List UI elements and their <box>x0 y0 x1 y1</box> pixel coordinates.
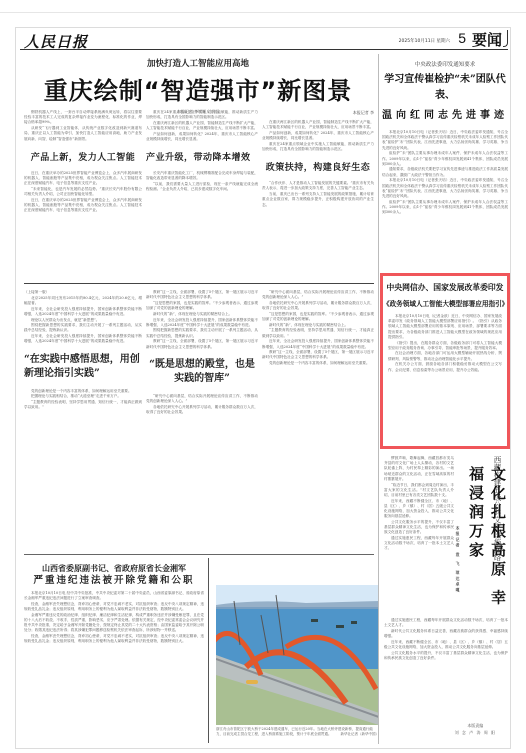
story-paragraph: 围绕把握新思想的实践要求，我们主动开展了一系列主题活动，从实践中总结经验，提炼新… <box>146 328 258 338</box>
box-headline-line-1: 中央网信办、国家发展改革委印发 <box>383 282 507 293</box>
story-paragraph: “这是思想的家园，也是实践的智库。”不少参观者表示，通过参观加深了对党的创新理论… <box>262 312 374 322</box>
newspaper-logo: 人民日报 <box>24 31 88 52</box>
story-paragraph: 锣鼓声响，歌舞起舞，西藏昌都市类乌齐县的村文化广场上人头攒动，各村的文艺队轮番上… <box>384 456 454 482</box>
lead-paragraph: 产品如何创新，成果如何转化？2024年，重庆市人工智能核心产业规模持续增长，同比… <box>262 131 374 141</box>
story-paragraph: 各地依托研究中心开展系列学习活动，累计服务群众数百万人次，取得了良好的社会效果。 <box>262 301 374 311</box>
bridge-illustration <box>216 585 379 725</box>
story-paragraph: 本报北京10月10日电（记者张天培）近日，中央政法委印发通知，号召全国政法机关和… <box>382 130 508 151</box>
highlighted-news-box[interactable]: 中央网信办、国家发展改革委印发 《政务领域人工智能大模型部署应用指引》 本报北京… <box>380 273 510 449</box>
lead-paragraph: 长安汽车重庆智能化工厂，机械臂精准配合完成车身焊接与装配，智能化改造带来显著的降… <box>146 171 258 181</box>
story-paragraph: 北京2025年同比发布2015年的80.4亿元，2024年的20.6亿元，增幅显… <box>24 296 142 306</box>
second-story-column-2: 教研“这一主线，全面部署，设置了5个展区，第一展区展示习近平新时代中国特色社会主… <box>146 290 258 552</box>
story-paragraph: “研究中心面向基层，结合实际开展理论宣传宣讲工作，不断推动党的创新理论深入人心。… <box>262 290 374 300</box>
editor-credit: 本版责编 刘 念 卢 涛 周 阳 <box>455 722 496 736</box>
lead-paragraph: “以前，我们需要大量人工进行质检，现在一条产线就能完成全流程检测。”企业负责人介… <box>146 182 258 192</box>
column-divider <box>208 558 209 743</box>
lead-paragraph: 钢铁机器人产线上，一套台半自动焊接系统满负荷运转，将以往需要经验丰富的技术工人完… <box>24 110 142 126</box>
divider-rule <box>24 554 374 555</box>
box-headline-line-2: 《政务领域人工智能大模型部署应用指引》 <box>383 299 507 310</box>
lead-column-3: 本报记者 李 在重庆两江新区的机器人产业园，智能制造生产线不断扩大产能，人工智能… <box>262 110 374 280</box>
story-paragraph: 崔检护“未”团队主要从事办理未成年人案件、保护未成年人合法权益等工作。2009年… <box>382 200 508 216</box>
story-paragraph: 教研“这一主线，全面部署，设置了5个展区，第一展区展示习近平新时代中国特色社会主… <box>146 339 258 349</box>
newspaper-page: 人民日报 2025年10月11日 星期六 5 要闻 加快打造人工智能应用高地 重… <box>15 27 511 749</box>
story-paragraph: 近年来，全社会研发投入强度持续提升，国家创新体系整体效能不断增强，入选2024年… <box>146 318 258 328</box>
story-paragraph: 在社会治理方面，各地各部门可运用大模型辅助开展热线分析、舆情研判、风险预警等，推… <box>388 351 502 361</box>
story-paragraph: “主题教育的经验表明，坚持学思用贯通、知信行统一，才能真正做到学以致用。” <box>262 328 374 338</box>
lead-paragraph: 产品如何创新，成果如何转化？2024年，重庆市人工智能核心产业规模持续增长，同比… <box>146 132 258 142</box>
story-paragraph: 本报北京10月10日电（记者金歆）近日，中央网信办、国家发展改革委印发《政务领域… <box>388 314 502 340</box>
story-paragraph: 理论以人民群众为出发点，就是“新思想”。 <box>24 318 142 323</box>
culture-story-text-bottom: 通过实施惠民工程，西藏每年开展群众文化活动数千场次，培育了一批本土文艺人才。 新… <box>384 618 508 718</box>
masthead: 人民日报 2025年10月11日 星期六 5 要闻 <box>20 28 508 50</box>
shanxi-headline-line-2: 严重违纪违法被开除党籍和公职 <box>24 574 204 587</box>
column-divider <box>378 54 379 744</box>
story-paragraph: 近年来，全社会研发投入强度持续提升，国家创新体系整体效能不断增强，入选2024年… <box>24 307 142 317</box>
story-paragraph: 本报北京10月10日电（记者张天培）近日，中央政法委印发通知，号召全国政法机关和… <box>382 178 508 199</box>
shanxi-headline-line-1: 山西省委原副书记、省政府原省长金湘军 <box>24 562 204 574</box>
issue-date: 2025年10月11日 星期六 <box>399 38 450 44</box>
shanxi-story: 山西省委原副书记、省政府原省长金湘军 严重违纪违法被开除党籍和公职 本报北京10… <box>24 558 204 748</box>
story-paragraph: 经查，金湘军丧失理想信念，背弃初心使命，对党不忠诚不老实，对抗组织审查；违反中央… <box>24 602 204 612</box>
story-paragraph: 崔检护“未”团队主要从事办理未成年人案件、保护未成年人合法权益等工作。2009年… <box>382 151 508 167</box>
culture-headline: 文化扎根高原 幸福浸润万家 <box>465 466 509 616</box>
lead-subhead-2: 产业升级，带动降本增效 <box>146 150 258 163</box>
story-paragraph: “主题教育的经验表明，坚持学思用贯通、知信行统一，才能真正做到学以致用。” <box>24 400 142 410</box>
story-paragraph: 通知要求，各级政法机关要把学习宣传先进事迹与推进政法工作高质量发展结合起来，激励… <box>382 167 508 177</box>
story-paragraph: 本报北京10月10日电 经中共中央批准，中共中央纪委对第二十届中央委员，山西省委… <box>24 591 204 601</box>
story-paragraph: 近年来，西藏不断健全区、市（地）、县（区）、乡（镇）、村（居）五级公共文化设施网… <box>384 499 454 520</box>
story-paragraph: 通过实施惠民工程，西藏每年开展群众文化活动数千场次，培育了一批本土文艺人才。 <box>384 536 454 552</box>
story-paragraph: 《指引》提出，在服务群众方面，各级政务部门可将人工智能大模型应用于政务服务咨询、… <box>388 341 502 351</box>
photo-credit: 新华社记者（新华中国） <box>341 732 380 737</box>
lead-paragraph: “合作伙伴、人才是推动人工智能发展的关键要素。”重庆市有关负责人表示，将进一步加… <box>262 181 374 191</box>
quote-subhead-1: “在实践中感悟思想，用创新理论指引实践” <box>24 353 142 381</box>
lead-story-header: 加快打造人工智能应用高地 重庆绘制“智造强市”新图景 本报记者 李增辉 刘新吾 <box>20 54 376 115</box>
lead-paragraph: 在重庆两江新区的机器人产业园，智能制造生产线不断扩大产能，人工智能技术赋能千行百… <box>146 121 258 131</box>
story-paragraph: 公共文化服务水平的提升，不仅丰富了基层群众精神文化生活，也为保护和传承民族文化创… <box>384 520 454 536</box>
story-paragraph: 近年来，全社会研发投入强度持续提升，国家创新体系整体效能不断增强，入选2024年… <box>262 339 374 349</box>
section-title: 要闻 <box>472 29 502 50</box>
lead-paragraph: 在重庆两江新区的机器人产业园，智能制造生产线不断扩大产能，人工智能技术赋能千行百… <box>262 120 374 130</box>
right-column-story: 中央政法委印发通知要求 学习宣传崔检护“未”团队代表、 温向红同志先进事迹 本报… <box>382 54 508 300</box>
lead-kicker: 加快打造人工智能应用高地 <box>20 57 376 69</box>
story-paragraph: 新时代的“新”，体现在理论与实践的紧密结合上。 <box>146 312 258 317</box>
story-paragraph: 围绕把握新思想的实践要求，我们主动开展了一系列主题活动，从实践中总结经验，提炼新… <box>24 323 142 333</box>
editor-label: 本版责编 <box>455 722 496 729</box>
story-paragraph: 党的创新理论是一个内容丰富的体系，如何理解运用至关重要。 <box>24 389 142 394</box>
story-paragraph: 在机关办公方面，鼓励各地各部门积极稳妥推动大模型在公文写作、会议纪要、信息检索等… <box>388 362 502 372</box>
lead-byline-right: 本报记者 李 <box>262 110 374 116</box>
right-headline-line-1: 学习宣传崔检护“未”团队代表、 <box>382 72 508 104</box>
section-bracket-decoration <box>503 30 508 47</box>
story-paragraph: “研究中心面向基层，结合实际开展理论宣传宣讲工作，不断推动党的创新理论深入人心。… <box>146 394 258 404</box>
story-paragraph: 教研“这一主线，全面部署，设置了5个展区，第一展区展示习近平新时代中国特色社会主… <box>146 290 258 300</box>
lead-headline: 重庆绘制“智造强市”新图景 <box>20 71 376 106</box>
second-story-column-1: （上接第一版） 北京2025年同比发布2015年的80.4亿元，2024年的20… <box>24 290 142 552</box>
story-paragraph: 各地依托研究中心开展系列学习活动，累计服务群众数百万人次，取得了良好的社会效果。 <box>146 405 258 415</box>
story-paragraph: 党的创新理论是一个内容丰富的体系，如何理解运用至关重要。 <box>262 361 374 366</box>
lead-paragraph: 重庆在24家重点领域企业中实施人工智能赋能，推动新质生产力加快形成，打造具有全国… <box>262 142 374 152</box>
lead-column-2: 重庆在24家重点领域企业中实施人工智能赋能，推动新质生产力加快形成，打造具有全国… <box>146 110 258 280</box>
editor-names: 刘 念 卢 涛 周 阳 <box>455 729 496 736</box>
story-paragraph: 金湘军严重违反党的政治纪律、组织纪律、廉洁纪律和生活纪律，构成严重职务违法并涉嫌… <box>24 613 204 634</box>
bridge-photo <box>216 585 379 725</box>
right-kicker: 中央政法委印发通知要求 <box>382 60 508 68</box>
lead-paragraph: 当前，重庆已出台一系列支持人工智能发展的政策措施，累计培育重点企业数百家，算力规… <box>262 192 374 208</box>
story-paragraph: “这是思想的家园，也是实践的智库。”不少参观者表示，通过参观加深了对党的创新理论… <box>146 301 258 311</box>
photo-caption: 浙江舟山市普陀区宁波大桥于2024年建成通车，已运行近20年。当地在大桥旁建设新… <box>216 727 379 737</box>
lead-column-1: 钢铁机器人产线上，一套台半自动焊接系统满负荷运转，将以往需要经验丰富的技术工人完… <box>24 110 142 280</box>
second-story-column-3: “研究中心面向基层，结合实际开展理论宣传宣讲工作，不断推动党的创新理论深入人心。… <box>262 290 374 552</box>
divider-rule <box>24 283 374 284</box>
story-paragraph: 近年来，全社会研发投入强度持续提升，国家创新体系整体效能不断增强，入选2024年… <box>24 334 142 344</box>
viewer-top-bar <box>0 0 526 13</box>
lead-paragraph: 从研发“飞行器到工业智能体，从传统产业数字化改造到新兴赛道布局，重庆正以人工智能… <box>24 126 142 142</box>
quote-subhead-2: “既是思想的殿堂，也是实践的智库” <box>146 358 258 386</box>
lead-paragraph: “未来智能化，也是汽车发展的必然趋势。”重庆长安汽车股份有限公司相关负责人介绍，… <box>24 187 142 197</box>
story-paragraph: 通过实施惠民工程，西藏每年开展群众文化活动数千场次，培育了一批本土文艺人才。 <box>384 618 508 628</box>
story-paragraph: 近年来，西藏不断健全区、市（地）、县（区）、乡（镇）、村（居）五级公共文化设施网… <box>384 640 508 650</box>
lead-subhead-1: 产品上新，发力人工智能 <box>24 150 142 163</box>
culture-byline: 本报记者 袁 飞 琼达卓嘎 <box>456 526 461 594</box>
story-paragraph: 新时代公共文化服务体系日益完善，西藏各族群众的获得感、幸福感持续增强。 <box>384 629 508 639</box>
continued-label: （上接第一版） <box>24 290 142 295</box>
story-paragraph: 经查，金湘军丧失理想信念，背弃初心使命，对党不忠诚不老实，对抗组织审查；违反中央… <box>24 634 204 644</box>
lead-paragraph: 重庆在24家重点领域企业中实施人工智能赋能，推动新质生产力加快形成，打造具有全国… <box>146 110 258 120</box>
story-paragraph: 公共文化服务水平的提升，不仅丰富了基层群众精神文化生活，也为保护和传承民族文化创… <box>384 651 508 661</box>
story-paragraph: 教研“这一主线，全面部署，设置了5个展区，第一展区展示习近平新时代中国特色社会主… <box>262 350 374 360</box>
lead-paragraph: 近日，在重庆举办的2025世界智能产业博览会上，众多汽车展商研发的机器人、智能座… <box>24 198 142 214</box>
story-paragraph: 把握理论与实践相结合，推动“大道至理”走进千家万户。 <box>24 394 142 399</box>
story-paragraph: “临近节日，我们都会到周边村演出，丰富大家的文化生活。”村文艺队负责人介绍，目前… <box>384 483 454 499</box>
right-headline-line-2: 温向红同志先进事迹 <box>382 108 508 124</box>
lead-paragraph: 近日，在重庆举办的2025世界智能产业博览会上，众多汽车展商研发的机器人、智能座… <box>24 171 142 187</box>
page-number: 5 <box>458 30 466 46</box>
lead-subhead-3: 政策扶持，构建良好生态 <box>262 160 374 173</box>
